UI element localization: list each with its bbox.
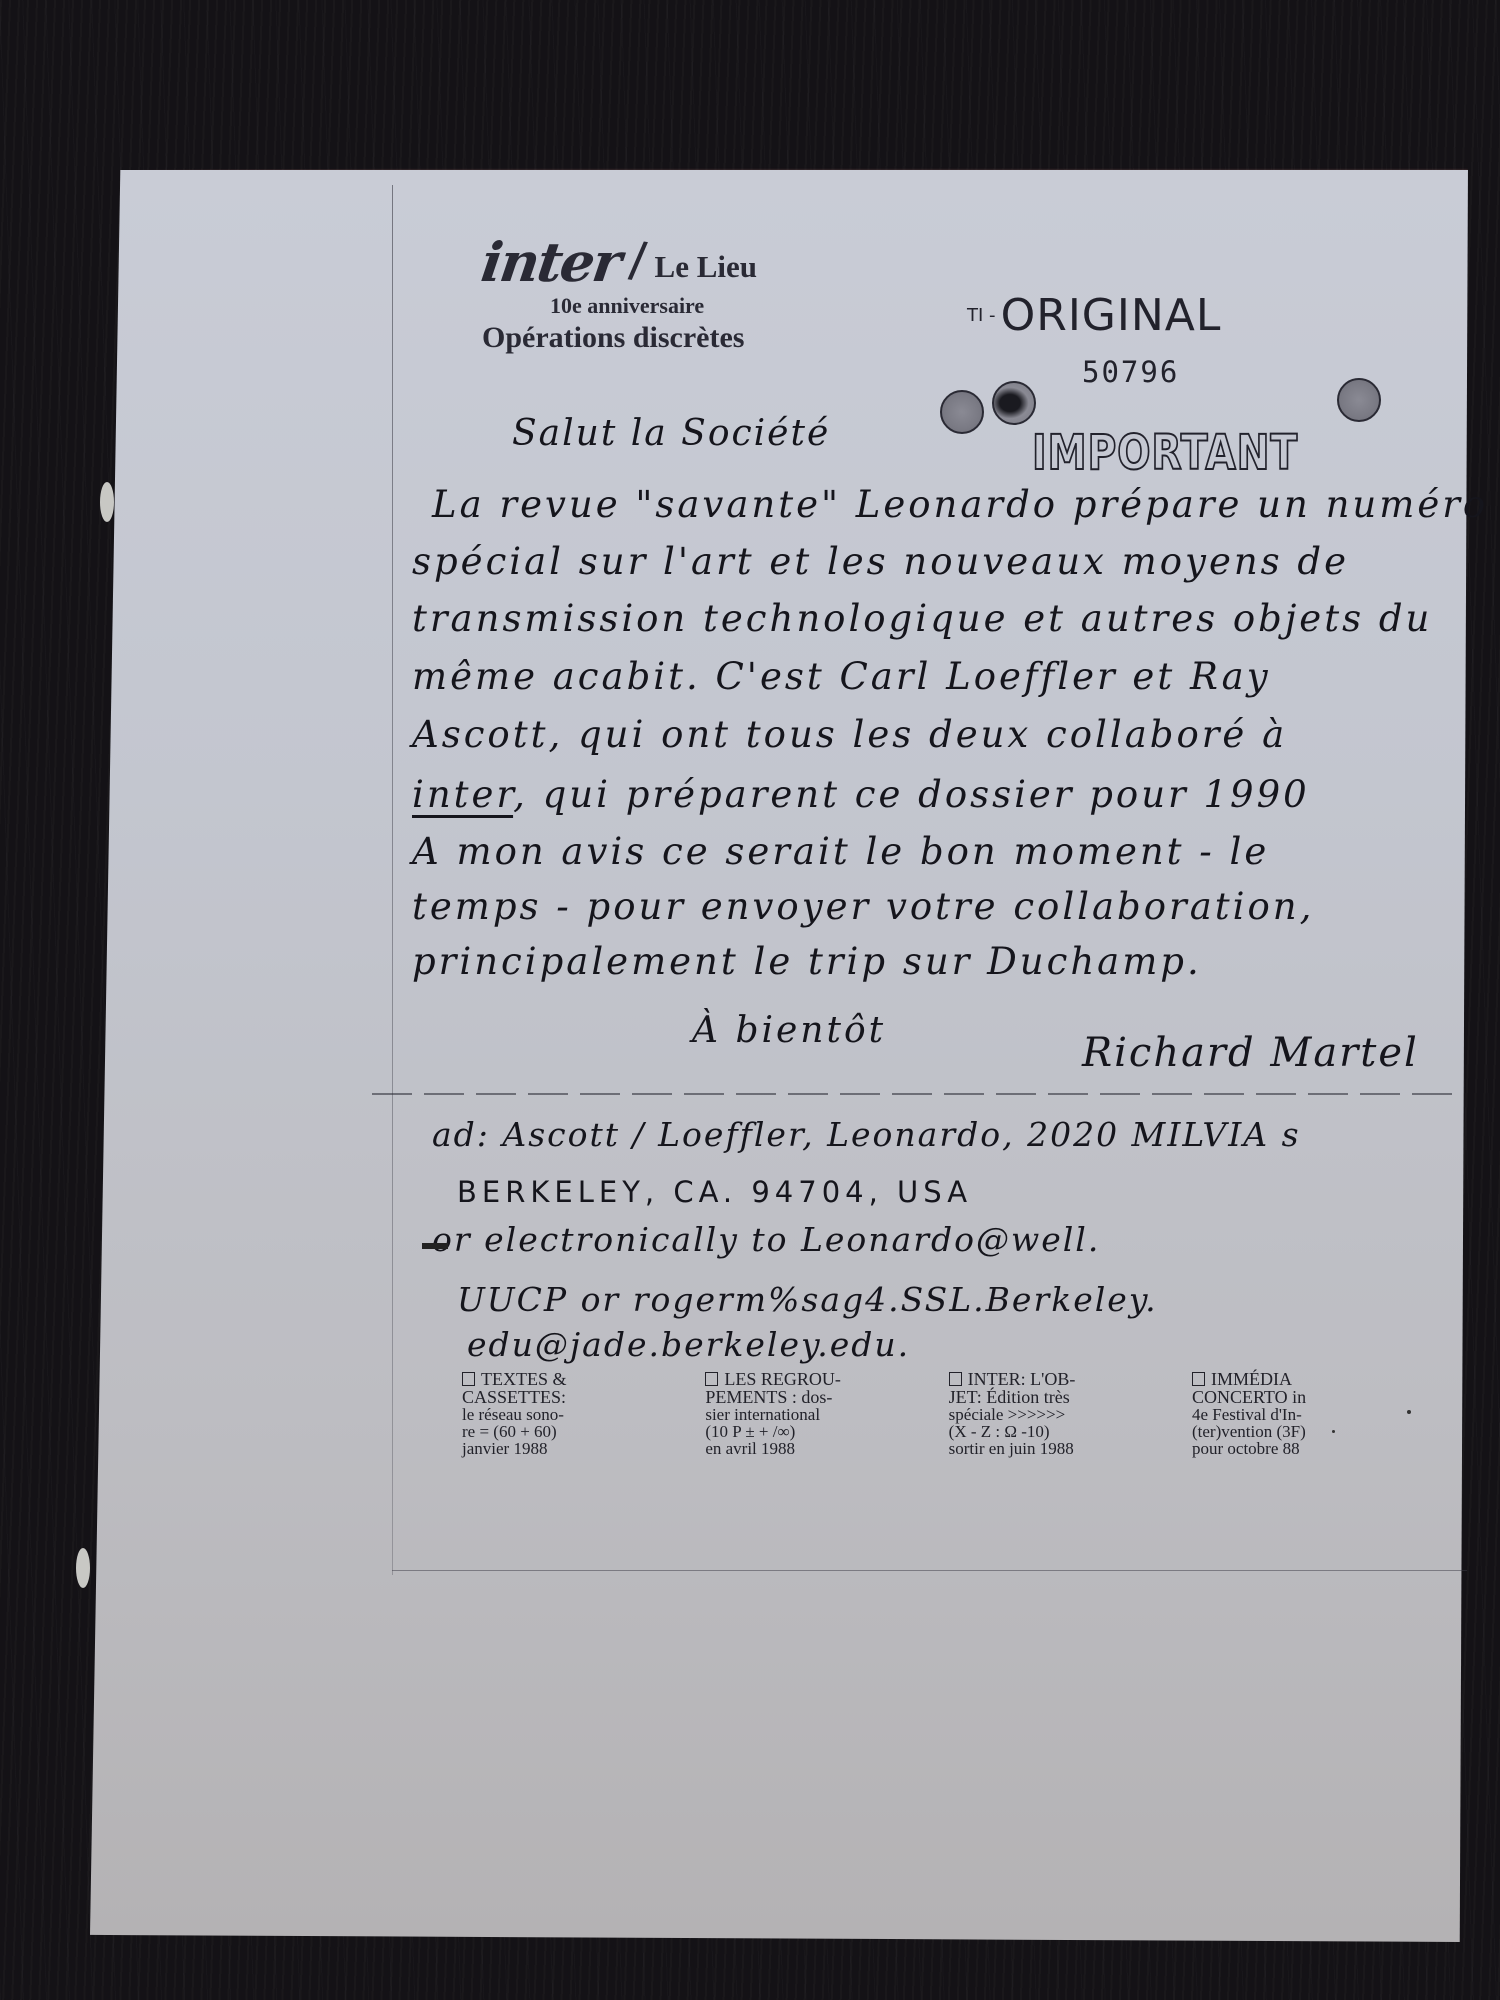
letter-greeting: Salut la Société: [512, 413, 830, 454]
dot-sticker-right: [1337, 378, 1381, 422]
strike-mark: [422, 1243, 448, 1249]
letter-closing: À bientôt: [692, 1010, 886, 1051]
punch-hole-top: [100, 482, 114, 522]
footer-announcements: TEXTES & CASSETTES: le réseau sono- re =…: [462, 1370, 1342, 1457]
footer-heading: TEXTES &: [481, 1369, 567, 1389]
speck: [1407, 1410, 1411, 1414]
original-stamp: TI - ORIGINAL: [967, 290, 1221, 341]
stamp-number: 50796: [1082, 355, 1179, 389]
letterhead-slash: /: [626, 234, 648, 290]
footer-line: (10 P ± + /∞): [705, 1423, 855, 1440]
photocopied-letter: inter / Le Lieu 10e anniversaire Opérati…: [372, 185, 1452, 1575]
footer-line: (X - Z : Ω -10): [949, 1423, 1099, 1440]
letter-line: inter, qui préparent ce dossier pour 199…: [412, 773, 1310, 816]
letterhead: inter / Le Lieu 10e anniversaire Opérati…: [482, 235, 862, 355]
checkbox-icon: [705, 1372, 718, 1386]
inter-logo: inter: [478, 235, 623, 289]
footer-heading: PEMENTS : dos-: [705, 1388, 855, 1406]
letter-line: La revue "savante" Leonardo prépare un n…: [432, 483, 1488, 526]
letter-line: même acabit. C'est Carl Loeffler et Ray: [412, 655, 1271, 698]
address-line: UUCP or rogerm%sag4.SSL.Berkeley.: [457, 1280, 1158, 1319]
checkbox-icon: [1192, 1372, 1205, 1386]
fold-line: [372, 1093, 1452, 1095]
important-stamp: IMPORTANT: [1032, 425, 1298, 481]
footer-heading: CASSETTES:: [462, 1388, 612, 1406]
underlined-word: inter: [412, 773, 513, 816]
punch-hole-bottom: [76, 1548, 90, 1588]
footer-line: spéciale >>>>>>: [949, 1406, 1099, 1423]
footer-line: sortir en juin 1988: [949, 1440, 1099, 1457]
letterhead-place: Le Lieu: [655, 249, 757, 289]
footer-line: sier international: [705, 1406, 855, 1423]
letterhead-anniversary: 10e anniversaire: [550, 293, 862, 319]
footer-line: re = (60 + 60): [462, 1423, 612, 1440]
footer-heading: LES REGROU-: [724, 1369, 841, 1389]
footer-line: 4e Festival d'In-: [1192, 1406, 1342, 1423]
address-line: edu@jade.berkeley.edu.: [467, 1325, 910, 1364]
footer-heading: CONCERTO in: [1192, 1388, 1342, 1406]
checkbox-icon: [949, 1372, 962, 1386]
footer-line: janvier 1988: [462, 1440, 612, 1457]
footer-line: pour octobre 88: [1192, 1440, 1342, 1457]
footer-heading: IMMÉDIA: [1211, 1369, 1292, 1389]
letter-line: spécial sur l'art et les nouveaux moyens…: [412, 540, 1349, 583]
letter-signature: Richard Martel: [1082, 1030, 1419, 1076]
letter-line: Ascott, qui ont tous les deux collaboré …: [412, 713, 1287, 756]
footer-column-textes: TEXTES & CASSETTES: le réseau sono- re =…: [462, 1370, 612, 1457]
footer-heading: JET: Édition très: [949, 1388, 1099, 1406]
checkbox-icon: [462, 1372, 475, 1386]
letter-line: principalement le trip sur Duchamp.: [412, 940, 1202, 983]
address-line: or electronically to Leonardo@well.: [432, 1220, 1100, 1259]
address-line: ad: Ascott / Loeffler, Leonardo, 2020 MI…: [432, 1115, 1301, 1154]
footer-column-regroupements: LES REGROU- PEMENTS : dos- sier internat…: [705, 1370, 855, 1457]
crop-line-left: [392, 185, 393, 1575]
dot-sticker-left: [940, 390, 984, 434]
dot-sticker-middle: [992, 381, 1036, 425]
letter-line: A mon avis ce serait le bon moment - le: [412, 830, 1269, 873]
letterhead-title: Opérations discrètes: [482, 321, 862, 355]
original-stamp-word: ORIGINAL: [1001, 290, 1222, 341]
footer-line: le réseau sono-: [462, 1406, 612, 1423]
speck: [1332, 1430, 1335, 1433]
address-line: BERKELEY, CA. 94704, USA: [457, 1175, 972, 1209]
original-stamp-prefix: TI -: [967, 305, 996, 326]
crop-line-bottom: [392, 1570, 1467, 1571]
footer-column-inter-objet: INTER: L'OB- JET: Édition très spéciale …: [949, 1370, 1099, 1457]
letter-line: transmission technologique et autres obj…: [412, 597, 1432, 640]
footer-line: (ter)vention (3F): [1192, 1423, 1342, 1440]
footer-column-immedia: IMMÉDIA CONCERTO in 4e Festival d'In- (t…: [1192, 1370, 1342, 1457]
footer-line: en avril 1988: [705, 1440, 855, 1457]
footer-heading: INTER: L'OB-: [968, 1369, 1076, 1389]
letter-line: temps - pour envoyer votre collaboration…: [412, 885, 1314, 928]
